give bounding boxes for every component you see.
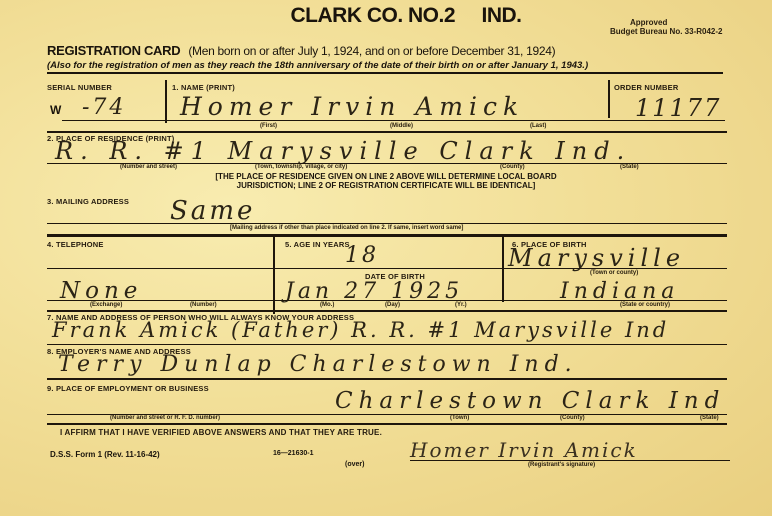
underline (47, 344, 727, 345)
sub-middle: (Middle) (390, 123, 413, 129)
sub-mo: (Mo.) (320, 302, 334, 308)
sub-town: (Town, township, village, or city) (255, 164, 347, 170)
divider (608, 80, 610, 118)
sub-yr: (Yr.) (455, 302, 467, 308)
mailing-sub: [Mailing address if other than place ind… (230, 225, 463, 231)
underline (47, 223, 727, 224)
board-state: IND. (481, 4, 521, 27)
sub-number: (Number) (190, 302, 217, 308)
serial-number-label: Serial Number (47, 83, 112, 92)
employer-value: Terry Dunlap Charlestown Ind. (58, 352, 578, 377)
residence-notice-2: JURISDICTION; LINE 2 OF REGISTRATION CER… (0, 181, 772, 190)
contact-value: Frank Amick (Father) R. R. #1 Marysville… (52, 318, 669, 342)
underline (47, 300, 727, 301)
sub-county: (County) (500, 164, 525, 170)
row-divider (47, 423, 727, 425)
employment-place-label: 9. Place of Employment or Business (47, 384, 209, 393)
card-subtitle: (Men born on or after July 1, 1924, and … (188, 44, 555, 58)
employment-place-value: Charlestown Clark Ind (335, 388, 725, 414)
sub-day: (Day) (385, 302, 400, 308)
sub-state-country: (State or country) (620, 302, 670, 308)
affirm-statement: I Affirm That I Have Verified Above Answ… (60, 428, 382, 437)
board-name: CLARK CO. NO.2 (291, 4, 456, 27)
name-value: Homer Irvin Amick (180, 92, 524, 121)
name-label: 1. Name (Print) (172, 83, 235, 92)
approval-note: Approved Budget Bureau No. 33-R042-2 (610, 18, 722, 36)
sub-first: (First) (260, 123, 277, 129)
residence-value: R. R. #1 Marysville Clark Ind. (55, 137, 631, 165)
sub-street: (Number and street) (120, 164, 177, 170)
sub-street: (Number and street or R. F. D. number) (110, 415, 220, 421)
print-code: 16—21630-1 (273, 450, 313, 457)
over-note: (over) (345, 461, 364, 468)
underline (47, 268, 727, 269)
budget-bureau-number: Budget Bureau No. 33-R042-2 (610, 27, 722, 36)
order-number-value: 11177 (635, 94, 721, 122)
underline (62, 120, 725, 121)
divider (165, 80, 167, 123)
serial-prefix: W (50, 103, 61, 117)
card-title: REGISTRATION CARD (47, 43, 180, 58)
telephone-label: 4. Telephone (47, 240, 104, 249)
also-line: (Also for the registration of men as the… (47, 60, 723, 74)
row-divider (47, 131, 727, 133)
form-number: D.S.S. Form 1 (Rev. 11-16-42) (50, 450, 160, 459)
sub-state: (State) (620, 164, 639, 170)
card-title-line: REGISTRATION CARD(Men born on or after J… (47, 43, 555, 58)
age-value: 18 (345, 243, 379, 268)
mailing-value: Same (170, 196, 255, 226)
sub-last: (Last) (530, 123, 546, 129)
serial-number-value: -74 (82, 95, 126, 120)
mailing-label: 3. Mailing Address (47, 197, 129, 206)
row-divider (47, 378, 727, 380)
divider (502, 237, 504, 302)
registration-card: CLARK CO. NO.2 IND. Approved Budget Bure… (0, 0, 772, 516)
age-label: 5. Age in Years (285, 240, 350, 249)
sub-county: (County) (560, 415, 585, 421)
sub-state: (State) (700, 415, 719, 421)
signature-line (410, 460, 730, 461)
divider (273, 237, 275, 314)
approved-text: Approved (610, 18, 722, 27)
sub-exchange: (Exchange) (90, 302, 122, 308)
signature-label: (Registrant's signature) (528, 462, 595, 468)
sub-town: (Town) (450, 415, 469, 421)
order-number-label: Order Number (614, 83, 678, 92)
residence-notice-1: [THE PLACE OF RESIDENCE GIVEN ON LINE 2 … (0, 172, 772, 181)
sub-town-county: (Town or county) (590, 270, 638, 276)
row-divider (47, 234, 727, 237)
row-divider (47, 310, 727, 312)
registrant-signature: Homer Irvin Amick (410, 438, 638, 462)
